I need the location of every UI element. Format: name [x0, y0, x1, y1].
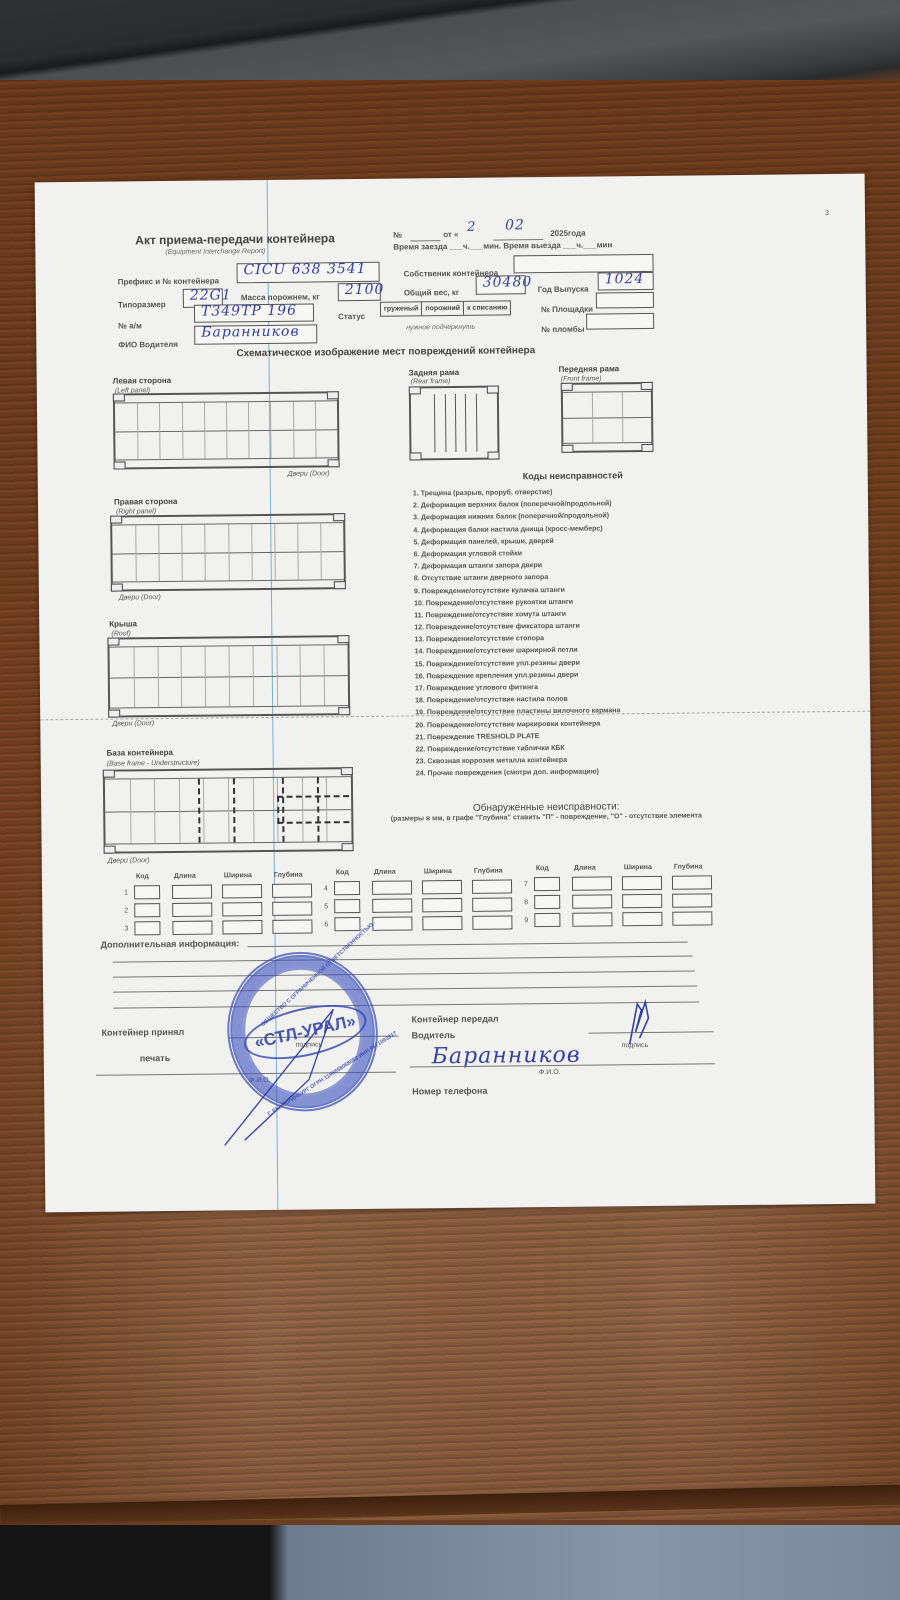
corner-fitting-icon — [641, 382, 653, 390]
corner-fitting-icon — [114, 461, 126, 469]
damage-depth-field[interactable] — [272, 884, 312, 898]
damage-width-field[interactable] — [622, 894, 662, 908]
damage-width-field[interactable] — [222, 884, 262, 898]
base-door: Двери (Door) — [108, 857, 150, 864]
form-subtitle: (Equipment Interchange Report) — [165, 248, 265, 256]
damage-length-field[interactable] — [572, 912, 612, 926]
damage-width-field[interactable] — [422, 898, 462, 912]
vehicle-value: Т349ТР 196 — [201, 303, 297, 320]
extra-info-line-3[interactable] — [113, 971, 695, 978]
damage-header: Глубина — [674, 863, 703, 870]
left-panel-diagram[interactable] — [113, 391, 340, 469]
roof-diagram[interactable] — [107, 635, 350, 718]
driver-name-value: Баранников — [201, 324, 300, 341]
damage-length-field[interactable] — [372, 916, 412, 930]
left-panel-label: Левая сторона — [113, 376, 172, 386]
damage-width-field[interactable] — [622, 912, 662, 926]
corner-fitting-icon — [487, 452, 499, 460]
driver-name-field[interactable]: Баранников — [194, 324, 317, 344]
damage-length-field[interactable] — [172, 885, 212, 899]
base-frame-diagram[interactable] — [103, 767, 354, 854]
damage-header: Глубина — [474, 868, 503, 875]
rear-frame-label: Задняя рама — [409, 368, 460, 378]
handed-by-label: Контейнер передал — [411, 1014, 498, 1025]
found-faults-note: (размеры в мм, в графе "Глубина" ставить… — [386, 811, 706, 824]
damage-header: Ширина — [624, 864, 652, 871]
damage-row-number: 8 — [524, 899, 528, 906]
damage-length-field[interactable] — [372, 880, 412, 894]
extra-info-label: Дополнительная информация: — [101, 938, 240, 949]
seal-field[interactable] — [586, 313, 654, 330]
damage-header: Код — [136, 873, 149, 880]
damage-depth-field[interactable] — [672, 875, 712, 889]
year-field[interactable]: 1024 — [598, 272, 654, 291]
damage-depth-field[interactable] — [672, 911, 712, 925]
extra-info-line-4[interactable] — [113, 985, 697, 992]
status-options: груженый порожний к списанию — [380, 300, 512, 316]
damage-code-field[interactable] — [534, 895, 560, 909]
corner-fitting-icon — [341, 767, 353, 775]
corner-fitting-icon — [409, 452, 421, 460]
stamp-label: печать — [140, 1053, 170, 1063]
damage-code-field[interactable] — [534, 913, 560, 927]
damage-header: Глубина — [274, 872, 303, 879]
vehicle-field[interactable]: Т349ТР 196 — [194, 303, 314, 322]
floor-background — [0, 1525, 900, 1600]
gross-weight-label: Общий вес, кг — [404, 288, 459, 298]
base-label: База контейнера — [107, 748, 173, 758]
damage-header: Код — [336, 869, 349, 876]
roof-label: Крыша — [109, 619, 137, 628]
damage-code-field[interactable] — [134, 885, 160, 899]
year-value: 1024 — [605, 271, 645, 287]
fault-code-item: 24. Прочие повреждения (смотри доп. инфо… — [416, 765, 736, 781]
damage-width-field[interactable] — [622, 876, 662, 890]
damage-depth-field[interactable] — [272, 920, 312, 934]
damage-length-field[interactable] — [572, 876, 612, 890]
base-sub: (Base frame - Understructure) — [107, 760, 200, 768]
damage-header: Длина — [374, 869, 396, 876]
fault-codes-title: Коды неисправностей — [413, 469, 733, 482]
container-prefix-value: CICU 638 3541 — [243, 261, 366, 278]
corner-fitting-icon — [338, 707, 350, 715]
fault-codes-list: Коды неисправностей 1. Трещина (разрыв, … — [413, 469, 736, 781]
corner-fitting-icon — [487, 386, 499, 394]
schematic-title: Схематическое изображение мест поврежден… — [236, 345, 535, 359]
damage-length-field[interactable] — [372, 898, 412, 912]
container-prefix-field[interactable]: CICU 638 3541 — [236, 262, 379, 283]
damage-row-number: 5 — [324, 903, 328, 910]
damage-width-field[interactable] — [422, 880, 462, 894]
tare-weight-label: Масса порожнем, кг — [241, 292, 320, 302]
rear-frame-diagram[interactable] — [409, 386, 500, 461]
status-hint: нужное подчеркнуть — [406, 324, 475, 332]
extra-info-line-2[interactable] — [113, 956, 693, 963]
damage-row-number: 4 — [324, 885, 328, 892]
damage-row-number: 1 — [124, 889, 128, 896]
damage-header: Код — [536, 865, 549, 872]
damage-row-number: 2 — [124, 907, 128, 914]
doc-number-label: № — [393, 231, 402, 240]
accepted-signature-scribble — [213, 999, 365, 1151]
corner-fitting-icon — [104, 846, 116, 854]
damage-length-field[interactable] — [172, 921, 212, 935]
status-label: Статус — [338, 312, 365, 321]
corner-fitting-icon — [110, 515, 122, 523]
year-label: Год Выпуска — [538, 285, 589, 295]
driver-fio-caption: Ф.И.О. — [539, 1069, 561, 1076]
roof-door: Двери (Door) — [112, 720, 154, 727]
damage-code-field[interactable] — [134, 921, 160, 935]
status-loaded[interactable]: груженый — [381, 302, 422, 315]
interchange-report-sheet: Акт приема-передачи контейнера (Equipmen… — [35, 174, 876, 1213]
right-panel-label: Правая сторона — [114, 497, 178, 507]
status-writeoff[interactable]: к списанию — [464, 301, 510, 314]
corner-fitting-icon — [641, 444, 653, 452]
corner-mark: 3 — [825, 210, 829, 217]
form-title: Акт приема-передачи контейнера — [135, 231, 335, 247]
damage-length-field[interactable] — [172, 903, 212, 917]
damage-row-number: 3 — [124, 925, 128, 932]
site-field[interactable] — [596, 292, 654, 309]
corner-fitting-icon — [107, 638, 119, 646]
date-month-value[interactable]: 02 — [505, 217, 525, 233]
damage-length-field[interactable] — [572, 894, 612, 908]
extra-info-line-5[interactable] — [113, 1001, 699, 1008]
damage-depth-field[interactable] — [672, 893, 712, 907]
damage-depth-field[interactable] — [472, 897, 512, 911]
corner-fitting-icon — [561, 383, 573, 391]
left-panel-door: Двери (Door) — [288, 470, 330, 477]
corner-fitting-icon — [103, 770, 115, 778]
rear-frame-sub: (Rear frame) — [411, 378, 451, 385]
date-from-label: от « — [443, 230, 458, 239]
driver-signature-scribble — [615, 998, 656, 1046]
seal-label: № пломбы — [541, 325, 584, 334]
damage-depth-field[interactable] — [472, 879, 512, 893]
status-empty[interactable]: порожний — [422, 302, 464, 315]
damage-row-number: 7 — [524, 881, 528, 888]
damage-depth-field[interactable] — [272, 902, 312, 916]
vehicle-label: № а/м — [118, 321, 142, 330]
corner-fitting-icon — [342, 843, 354, 851]
damage-code-field[interactable] — [134, 903, 160, 917]
damage-code-field[interactable] — [334, 917, 360, 931]
damage-header: Ширина — [224, 872, 252, 879]
corner-fitting-icon — [328, 459, 340, 467]
driver-role-label: Водитель — [412, 1030, 456, 1040]
extra-info-line-1[interactable] — [248, 942, 688, 948]
corner-fitting-icon — [108, 710, 120, 718]
corner-fitting-icon — [561, 445, 573, 453]
damage-code-field[interactable] — [334, 899, 360, 913]
damage-width-field[interactable] — [422, 916, 462, 930]
front-frame-diagram[interactable] — [561, 382, 654, 453]
damage-row-number: 9 — [524, 917, 528, 924]
tare-weight-field[interactable]: 2100 — [338, 283, 381, 301]
driver-name-label: ФИО Водителя — [118, 340, 178, 350]
damage-depth-field[interactable] — [472, 915, 512, 929]
gross-weight-field[interactable]: 30480 — [476, 275, 526, 295]
date-year-label: 2025года — [550, 229, 585, 238]
damage-row-number: 6 — [324, 921, 328, 928]
type-size-label: Типоразмер — [118, 300, 166, 309]
gross-weight-value: 30480 — [483, 274, 533, 291]
corner-fitting-icon — [334, 581, 346, 589]
damage-header: Длина — [174, 873, 196, 880]
corner-fitting-icon — [111, 583, 123, 591]
type-size-value: 22G1 — [190, 287, 232, 303]
corner-fitting-icon — [333, 513, 345, 521]
right-panel-diagram[interactable] — [110, 513, 346, 591]
damage-header: Ширина — [424, 868, 452, 875]
arrival-departure-times[interactable]: Время заезда ___ч.___мин. Время выезда _… — [393, 240, 612, 251]
container-prefix-label: Префикс и № контейнера — [118, 276, 219, 286]
damage-code-field[interactable] — [534, 877, 560, 891]
damage-code-field[interactable] — [334, 881, 360, 895]
corner-fitting-icon — [113, 393, 125, 401]
corner-fitting-icon — [337, 635, 349, 643]
accepted-by-label: Контейнер принял — [101, 1027, 184, 1038]
right-panel-door: Двери (Door) — [119, 594, 161, 601]
damage-width-field[interactable] — [222, 902, 262, 916]
corner-fitting-icon — [409, 386, 421, 394]
front-frame-label: Передняя рама — [559, 364, 620, 374]
corner-fitting-icon — [327, 391, 339, 399]
damage-width-field[interactable] — [222, 920, 262, 934]
date-day-value[interactable]: 2 — [467, 220, 476, 235]
phone-label: Номер телефона — [412, 1086, 487, 1097]
damage-header: Длина — [574, 865, 596, 872]
tare-weight-value: 2100 — [345, 282, 385, 298]
found-faults-header: Обнаруженные неисправности: (размеры в м… — [386, 800, 706, 824]
